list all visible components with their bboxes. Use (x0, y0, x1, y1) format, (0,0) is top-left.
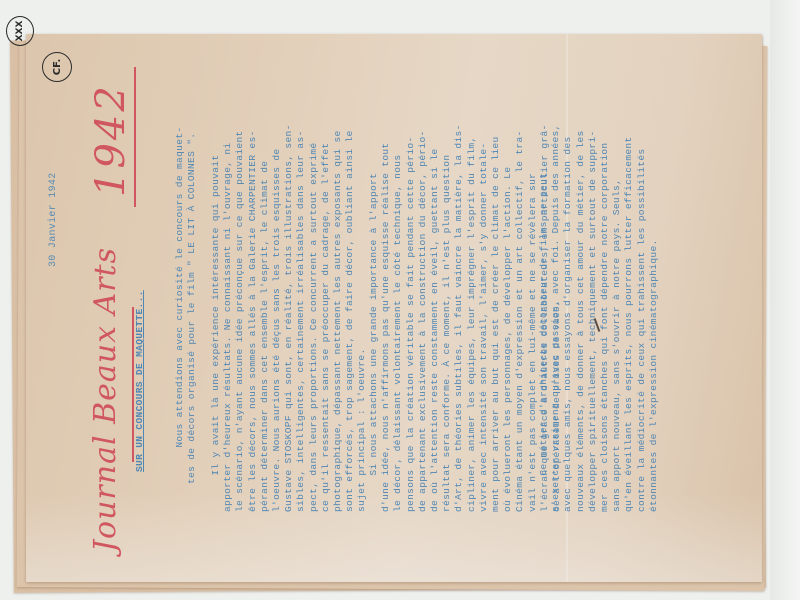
document-date: 30 Janvier 1942 (48, 172, 60, 267)
handwritten-year: 1942 (88, 83, 134, 197)
side-stamp: XXX (6, 16, 34, 46)
handwritten-publication: Journal Beaux Arts (88, 247, 123, 552)
paragraph: Si nous attachons une grande importance … (368, 124, 563, 512)
headline: SUR UN CONCOURS DE MAQUETTE... (134, 290, 146, 472)
cf-stamp: CF. (42, 52, 72, 82)
background (770, 0, 800, 600)
paragraph: Il y avait là une expérience intéressant… (210, 124, 369, 512)
document-page: XXX CF. Journal Beaux Arts 1942 30 Janvi… (26, 34, 762, 582)
red-underline (134, 67, 136, 207)
paragraph: Nous attendions avec curiosité le concou… (174, 127, 198, 484)
paragraph: Ce métier d'architecte décorateur de fil… (538, 124, 660, 512)
